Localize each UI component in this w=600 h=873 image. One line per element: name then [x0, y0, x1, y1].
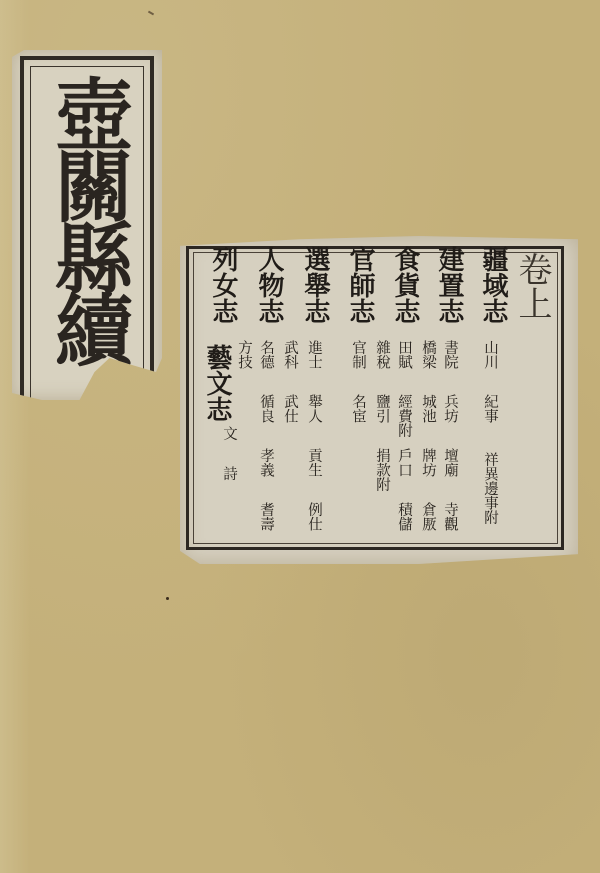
subsection: 耆壽 — [257, 502, 274, 531]
subsection: 雜稅 — [373, 340, 390, 369]
subsection: 例仕 — [305, 502, 322, 531]
subsection: 戶口 — [395, 448, 412, 477]
subsection: 名宦 — [349, 394, 366, 423]
subsection: 祥異邊事附 — [481, 452, 498, 525]
chapter-title: 建置志 — [432, 246, 466, 324]
subsection: 名德 — [257, 340, 274, 369]
book-title: 壺關縣續 — [42, 74, 132, 362]
subsection: 寺觀 — [441, 502, 458, 531]
volume-heading: 卷上 — [512, 252, 552, 320]
subsection: 紀事 — [481, 394, 498, 423]
subsection: 經費附 — [395, 394, 412, 438]
subsection: 舉人 — [305, 394, 322, 423]
subsection: 壇廟 — [441, 448, 458, 477]
subsection: 積儲 — [395, 502, 412, 531]
subsection: 方技 — [235, 340, 252, 369]
subsection: 文 — [220, 426, 237, 441]
subsection: 兵坊 — [441, 394, 458, 423]
subsection: 書院 — [441, 340, 458, 369]
chapter-title: 疆域志 — [476, 246, 510, 324]
ink-dot — [166, 597, 169, 600]
subsection: 城池 — [419, 394, 436, 423]
subsection: 倉厫 — [419, 502, 436, 531]
subsection: 山川 — [481, 340, 498, 369]
subsection: 捐款附 — [373, 448, 390, 492]
chapter-title: 藝文志 — [200, 344, 234, 422]
chapter-title: 人物志 — [252, 246, 286, 324]
title-slip: 壺關縣續 — [12, 50, 162, 400]
subsection: 詩 — [220, 466, 237, 481]
subsection: 武科 — [281, 340, 298, 369]
subsection: 進士 — [305, 340, 322, 369]
subsection: 循良 — [257, 394, 274, 423]
chapter-title: 列女志 — [206, 246, 240, 324]
chapter-title: 官師志 — [343, 246, 377, 324]
subsection: 武仕 — [281, 394, 298, 423]
subsection: 田賦 — [395, 340, 412, 369]
chapter-title: 食貨志 — [388, 246, 422, 324]
subsection: 貢生 — [305, 448, 322, 477]
subsection: 橋梁 — [419, 340, 436, 369]
subsection: 孝義 — [257, 448, 274, 477]
subsection: 牌坊 — [419, 448, 436, 477]
subsection: 鹽引 — [373, 394, 390, 423]
chapter-title: 選舉志 — [298, 246, 332, 324]
subsection: 官制 — [349, 340, 366, 369]
contents-slip: 卷上 疆域志 建置志 食貨志 官師志 選舉志 人物志 列女志 藝文志 山川 紀事… — [180, 236, 578, 564]
